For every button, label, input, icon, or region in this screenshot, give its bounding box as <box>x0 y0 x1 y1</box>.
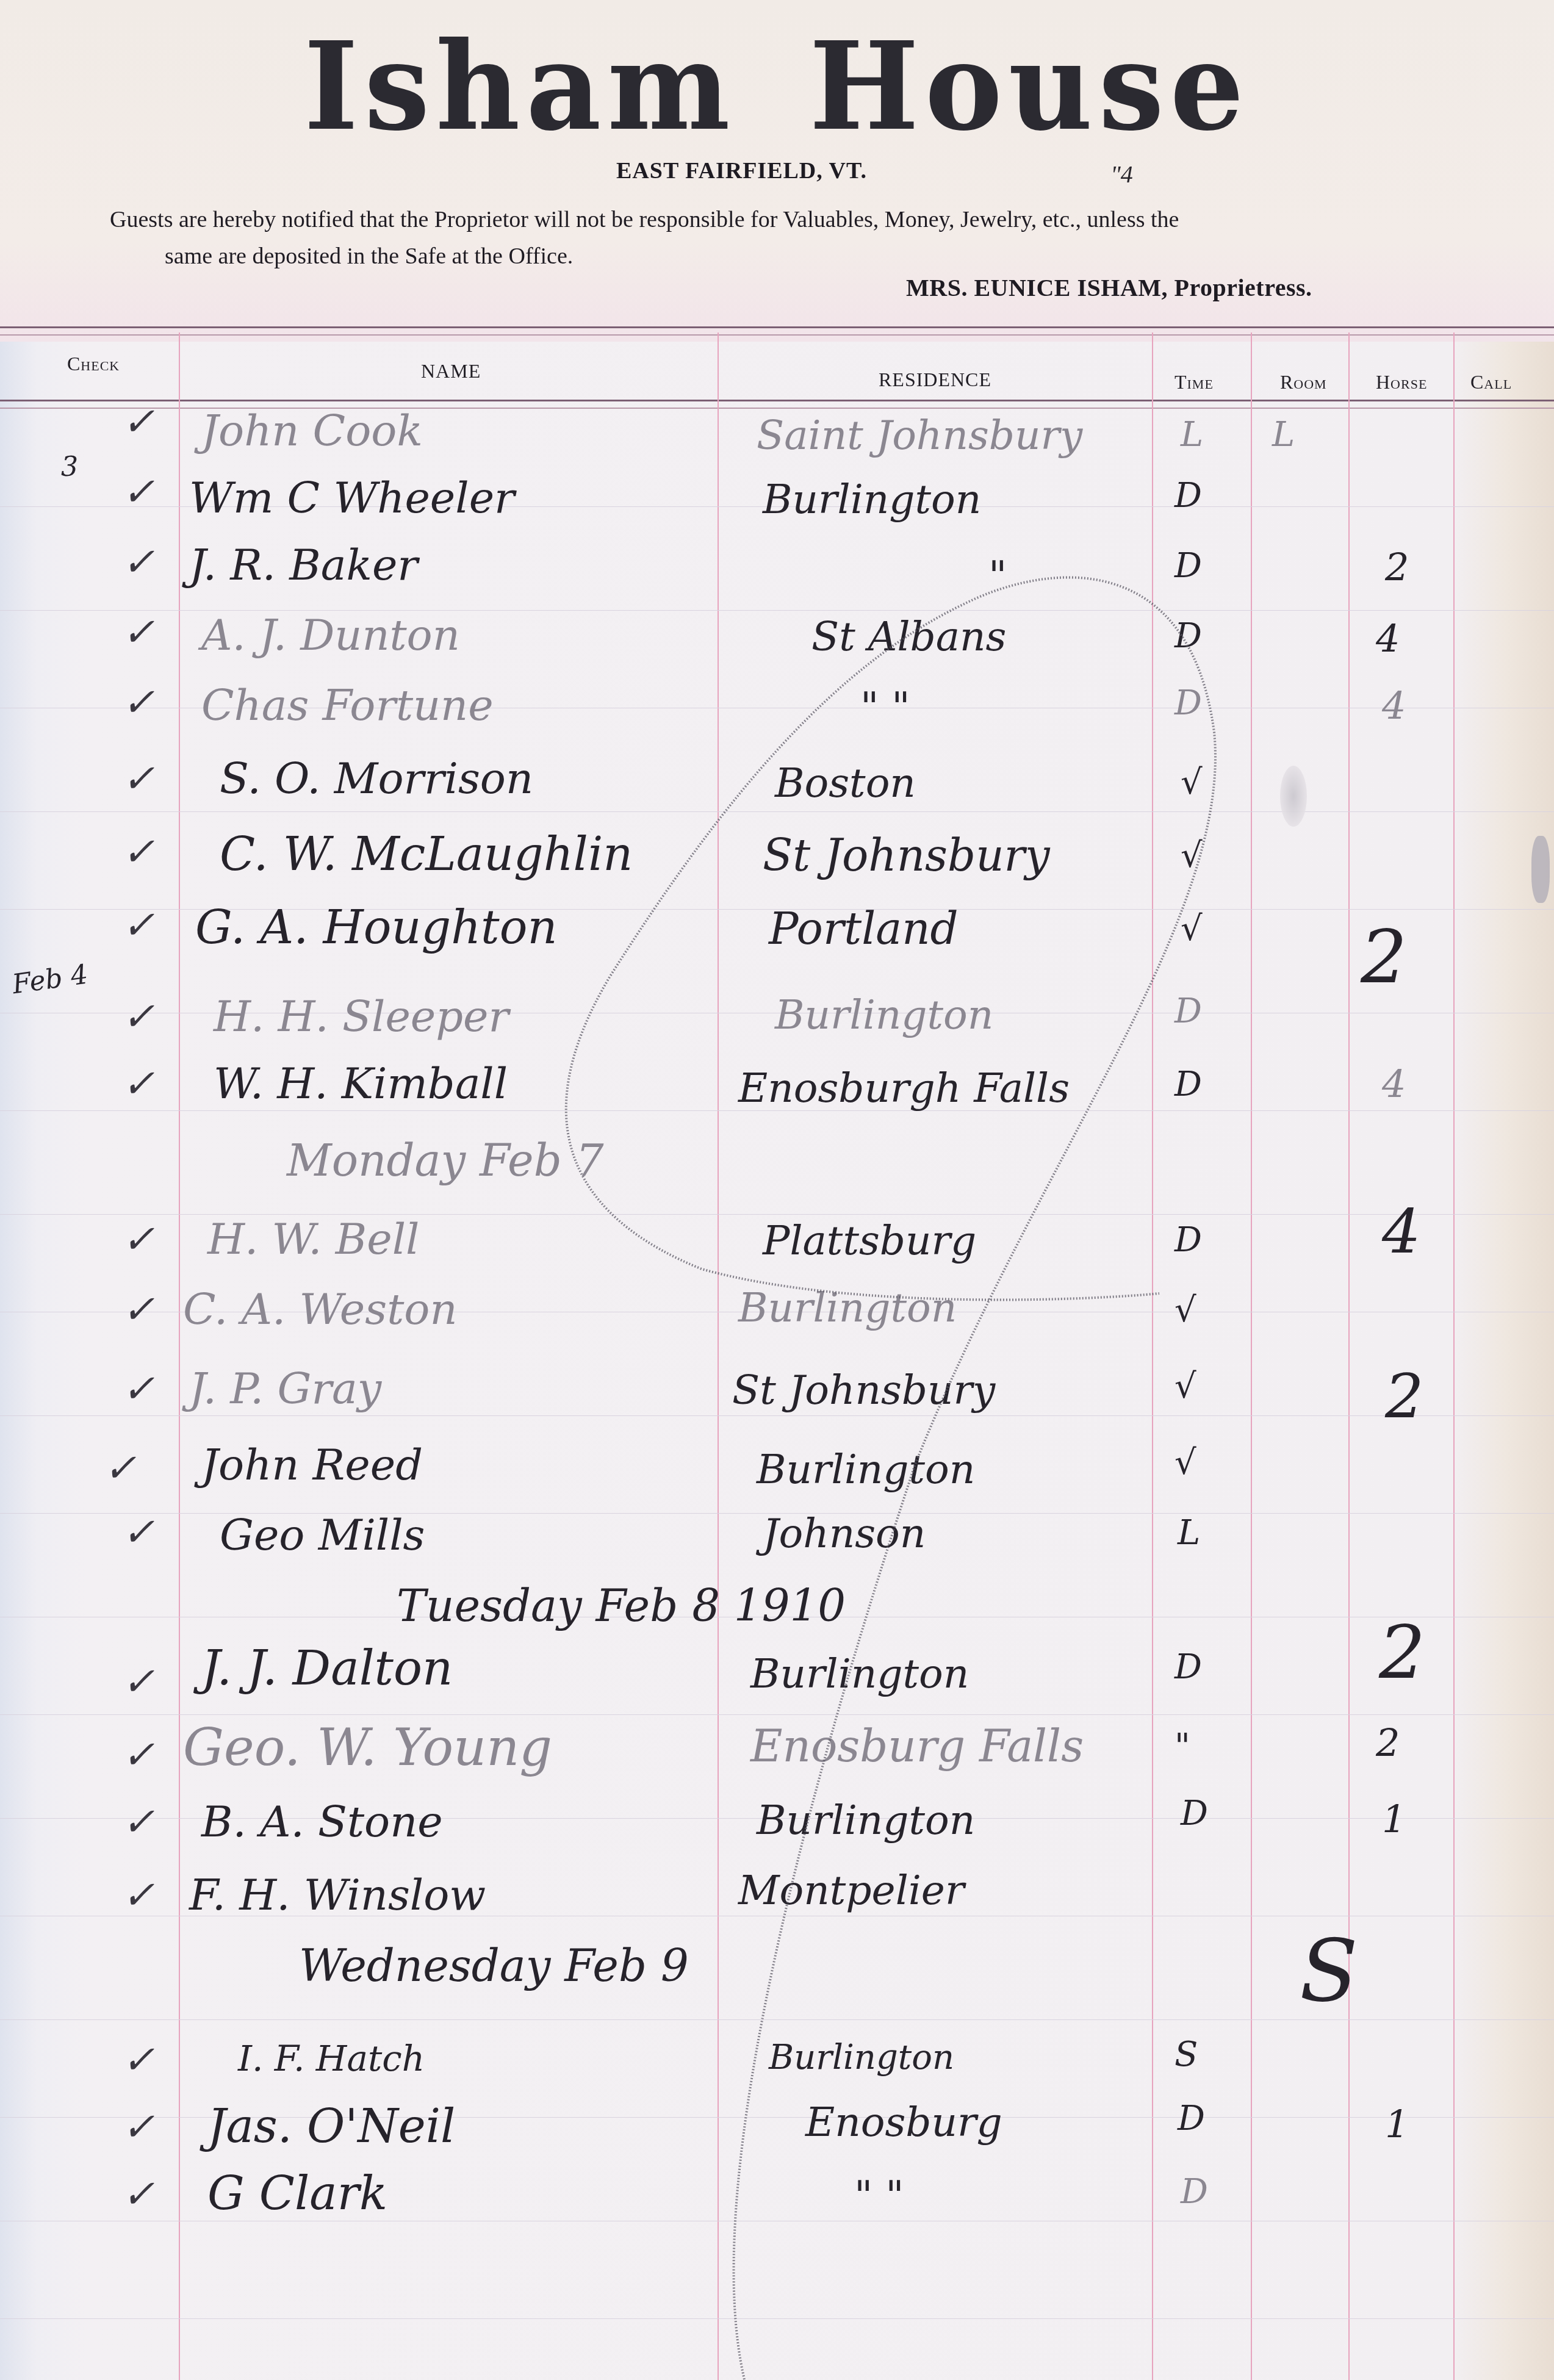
check-mark: ✓ <box>122 830 155 875</box>
check-mark: ✓ <box>122 2105 155 2150</box>
guest-horse: 4 <box>1382 1196 1421 1267</box>
guest-time: D <box>1178 2099 1205 2138</box>
guest-residence: Boston <box>775 760 916 807</box>
guest-time: √ <box>1181 836 1203 875</box>
guest-time: S <box>1174 2035 1198 2074</box>
guest-time: D <box>1174 1647 1202 1687</box>
guest-name: J. J. Dalton <box>201 1641 453 1696</box>
guest-residence: Burlington <box>769 2038 954 2077</box>
guest-name: I. F. Hatch <box>238 2038 425 2079</box>
divider-name-residence <box>718 333 719 2380</box>
notice-line-1: Guests are hereby notified that the Prop… <box>110 207 1179 232</box>
column-header-time: Time <box>1174 371 1214 394</box>
guest-name: H. H. Sleeper <box>214 991 509 1041</box>
page-edge-mark <box>1531 836 1550 903</box>
guest-residence: Saint Johnsbury <box>757 412 1082 459</box>
guest-time: √ <box>1174 1290 1196 1330</box>
ruled-line <box>0 1415 1554 1416</box>
check-mark: ✓ <box>122 2038 155 2083</box>
guest-residence: Burlington <box>750 1650 969 1697</box>
guest-residence: Enosburgh Falls <box>738 1065 1070 1112</box>
guest-time: D <box>1174 546 1202 586</box>
check-mark: ✓ <box>122 2172 155 2217</box>
guest-residence: Portland <box>769 903 959 954</box>
guest-residence: Montpelier <box>738 1867 964 1914</box>
margin-note-3: 3 <box>61 451 78 483</box>
check-mark: ✓ <box>122 540 155 585</box>
guest-name: W. H. Kimball <box>214 1059 508 1109</box>
check-mark: ✓ <box>122 610 155 655</box>
room-mark: S <box>1300 1922 1358 2021</box>
guest-name: Wm C Wheeler <box>189 473 515 523</box>
divider-room-horse <box>1348 333 1350 2380</box>
column-header-call: Call <box>1470 371 1512 394</box>
notice-line-2: same are deposited in the Safe at the Of… <box>110 238 1452 275</box>
guest-residence: St Albans <box>811 613 1006 660</box>
guest-horse: 4 <box>1376 616 1400 661</box>
guest-residence: " " <box>854 2172 904 2219</box>
guest-horse: 1 <box>1385 2102 1409 2146</box>
check-mark: ✓ <box>122 1659 155 1705</box>
guest-name: John Reed <box>201 1440 423 1490</box>
guest-residence: St Johnsbury <box>763 830 1050 881</box>
divider-check-name <box>179 333 180 2380</box>
column-header-room: Room <box>1280 371 1327 394</box>
guest-horse: 2 <box>1385 1361 1424 1432</box>
column-header-horse: Horse <box>1376 371 1427 394</box>
guest-residence: " " <box>860 683 910 730</box>
guest-time: D <box>1181 2172 1208 2212</box>
guest-time: √ <box>1181 909 1203 949</box>
guest-time: √ <box>1174 1443 1196 1483</box>
guest-residence: Johnson <box>763 1510 926 1557</box>
check-mark: ✓ <box>122 400 155 445</box>
guest-residence: Enosburg <box>805 2099 1002 2146</box>
guest-time: D <box>1174 1065 1202 1104</box>
column-header-check: Check <box>67 353 120 375</box>
title-word-house: House <box>809 15 1250 157</box>
check-mark: ✓ <box>122 994 155 1040</box>
ruled-line <box>0 1714 1554 1715</box>
guest-room: L <box>1272 415 1295 455</box>
guest-name: A. J. Dunton <box>201 610 460 660</box>
date-line-tuesday: Tuesday Feb 8 1910 <box>397 1580 846 1631</box>
guest-residence: Burlington <box>763 476 981 523</box>
column-header-residence: RESIDENCE <box>879 369 991 391</box>
check-mark: ✓ <box>122 470 155 515</box>
check-mark: ✓ <box>122 1217 155 1262</box>
guest-name: Chas Fortune <box>201 680 494 730</box>
guest-residence: Burlington <box>738 1284 957 1331</box>
divider-horse-call <box>1453 333 1455 2380</box>
check-mark: ✓ <box>122 1733 155 1778</box>
guest-time: " <box>1174 1727 1190 1766</box>
check-mark: ✓ <box>122 680 155 725</box>
guest-name: H. W. Bell <box>207 1214 419 1264</box>
guest-time: √ <box>1181 763 1203 802</box>
guest-name: Geo. W. Young <box>183 1717 552 1777</box>
guest-residence: Enosburg Falls <box>750 1720 1084 1772</box>
guest-horse: 4 <box>1382 683 1406 728</box>
guest-name: B. A. Stone <box>201 1797 443 1847</box>
check-mark: ✓ <box>122 1367 155 1412</box>
guest-name: G. A. Houghton <box>195 900 557 954</box>
guest-name: J. P. Gray <box>189 1364 381 1414</box>
guest-name: Geo Mills <box>220 1510 425 1560</box>
guest-residence: Plattsburg <box>763 1217 976 1264</box>
guest-name: C. A. Weston <box>183 1284 458 1334</box>
guest-time: D <box>1174 991 1202 1031</box>
header-top-rule <box>0 326 1554 336</box>
guest-horse: 2 <box>1385 545 1409 589</box>
guest-name: John Cook <box>201 406 423 456</box>
check-mark: ✓ <box>104 1446 137 1491</box>
check-mark: ✓ <box>122 1287 155 1332</box>
handwritten-mark: "4 <box>1110 160 1133 189</box>
date-line-wednesday: Wednesday Feb 9 <box>299 1940 689 1991</box>
guest-horse: 1 <box>1382 1797 1406 1841</box>
date-line-monday: Monday Feb 7 <box>287 1135 603 1186</box>
title-word-isham: Isham <box>304 15 736 157</box>
check-mark: ✓ <box>122 757 155 802</box>
check-mark: ✓ <box>122 1800 155 1845</box>
liability-notice: Guests are hereby notified that the Prop… <box>110 201 1452 275</box>
guest-name: S. O. Morrison <box>220 753 533 804</box>
guest-residence: Burlington <box>757 1797 975 1844</box>
ink-spot <box>1280 766 1307 827</box>
divider-residence-time <box>1152 333 1153 2380</box>
guest-time: √ <box>1174 1367 1196 1406</box>
divider-time-room <box>1251 333 1252 2380</box>
page-title: IshamHouse <box>0 15 1554 157</box>
guest-residence: Burlington <box>775 991 993 1038</box>
guest-name: G Clark <box>207 2166 387 2220</box>
guest-name: F. H. Winslow <box>189 1870 486 1920</box>
guest-horse: 2 <box>1376 1720 1400 1765</box>
location-subtitle: EAST FAIRFIELD, VT. <box>616 157 867 184</box>
guest-name: Jas. O'Neil <box>207 2099 455 2153</box>
guest-residence: " <box>988 552 1007 599</box>
guest-residence: Burlington <box>757 1446 975 1493</box>
ruled-line <box>0 811 1554 812</box>
guest-time: D <box>1174 616 1202 656</box>
proprietress-line: MRS. EUNICE ISHAM, Proprietress. <box>906 273 1312 302</box>
pencil-loop-stroke <box>0 0 1554 2380</box>
guest-name: J. R. Baker <box>189 540 418 590</box>
guest-horse: 2 <box>1379 1611 1425 1695</box>
guest-time: D <box>1174 1220 1202 1260</box>
ruled-line <box>0 2318 1554 2319</box>
check-mark: ✓ <box>122 1510 155 1555</box>
guest-name: C. W. McLaughlin <box>220 827 633 881</box>
column-header-name: NAME <box>421 360 481 383</box>
ruled-line <box>0 2221 1554 2221</box>
check-mark: ✓ <box>122 903 155 948</box>
guest-time: D <box>1174 683 1202 723</box>
guest-horse: 4 <box>1382 1062 1406 1106</box>
guest-residence: St Johnsbury <box>732 1367 995 1414</box>
check-mark: ✓ <box>122 1873 155 1918</box>
margin-note-feb-4: Feb 4 <box>10 959 90 1001</box>
guest-time: L <box>1181 415 1203 455</box>
guest-time: D <box>1181 1794 1208 1833</box>
guest-horse: 2 <box>1361 915 1407 1000</box>
guest-time: D <box>1174 476 1202 516</box>
check-mark: ✓ <box>122 1062 155 1107</box>
guest-time: L <box>1178 1513 1200 1553</box>
